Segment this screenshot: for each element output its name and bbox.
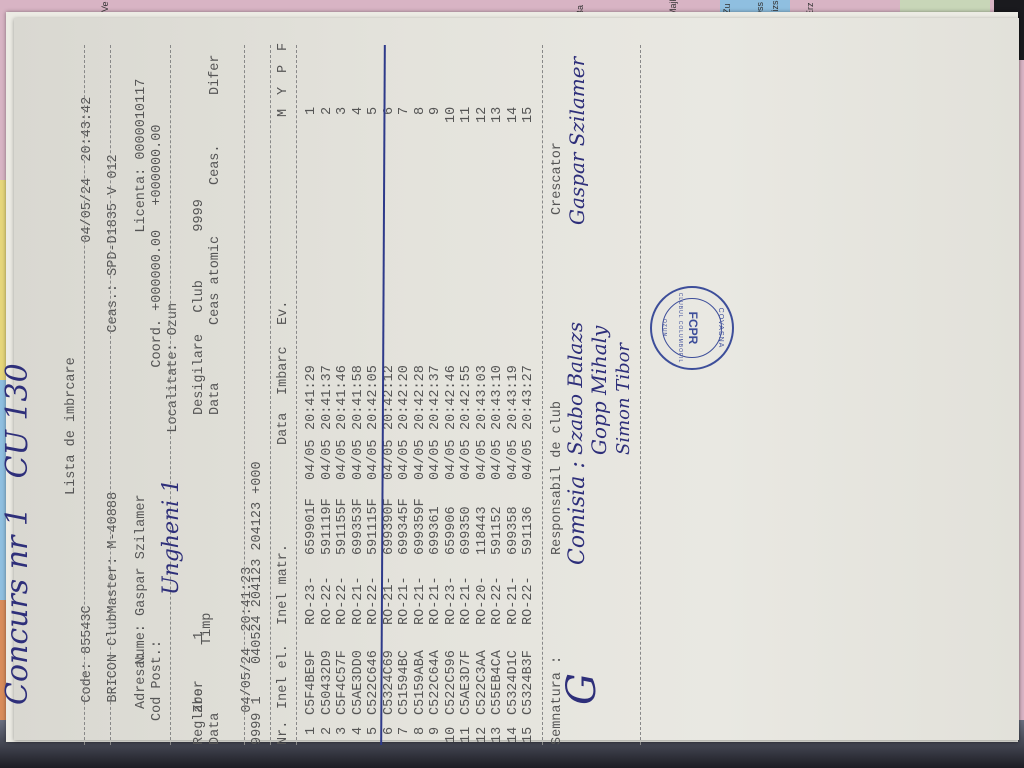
coord-a: +000000.00 — [150, 230, 165, 311]
row-ring-number: 699350 — [459, 506, 475, 555]
row-date: 04/05 — [413, 439, 429, 480]
row-date: 04/05 — [521, 439, 537, 480]
row-basket-time: 20:42:55 — [459, 365, 475, 430]
row-number: 6 — [382, 727, 398, 735]
row-ring-series: RO-21- — [351, 576, 367, 625]
row-ring-series: RO-22- — [490, 576, 506, 625]
col-inel-matr: Inel matr. — [276, 544, 292, 625]
row-basket-time: 20:43:27 — [521, 365, 537, 430]
row-electronic-ring: C5159ABA — [413, 650, 429, 715]
row-number: 11 — [459, 727, 475, 743]
row-m-index: 3 — [335, 107, 351, 115]
breeder-signature: Gaspar Szilamer — [570, 57, 586, 225]
club-value: 9999 — [192, 199, 207, 231]
col-data: Data — [276, 413, 292, 445]
row-electronic-ring: C55EB4CA — [490, 650, 506, 715]
row-date: 04/05 — [506, 439, 522, 480]
row-date: 04/05 — [304, 439, 320, 480]
row-ring-series: RO-21- — [428, 576, 444, 625]
row-number: 4 — [351, 727, 367, 735]
row-m-index: 10 — [444, 107, 460, 123]
row-basket-time: 20:42:37 — [428, 365, 444, 430]
clock-label: Ceas.: — [106, 284, 121, 333]
row-electronic-ring: C5324B3F — [521, 650, 537, 715]
row-ring-series: RO-20- — [475, 576, 491, 625]
breeder-label: Crescator — [550, 142, 566, 215]
row-ring-number: 659901F — [304, 498, 320, 555]
map-label: Ve — [100, 1, 110, 12]
handwritten-title: Concurs nr 1 CU 130 — [10, 363, 26, 705]
row-ring-series: RO-23- — [304, 576, 320, 625]
row-basket-time: 20:41:46 — [335, 365, 351, 430]
row-basket-time: 20:41:37 — [320, 365, 336, 430]
print-time: 20:43:42 — [80, 97, 95, 162]
row-date: 04/05 — [335, 439, 351, 480]
row-date: 04/05 — [444, 439, 460, 480]
row-electronic-ring: C5324D1C — [506, 650, 522, 715]
row-basket-time: 20:43:10 — [490, 365, 506, 430]
commission-label: Comisia : — [570, 461, 586, 565]
row-ring-series: RO-21- — [382, 576, 398, 625]
row-ring-series: RO-22- — [521, 576, 537, 625]
row-m-index: 15 — [521, 107, 537, 123]
locality-label: Localitate: — [166, 343, 181, 432]
row-electronic-ring: C522C596 — [444, 650, 460, 715]
adjust-label: Reglare — [192, 688, 208, 745]
row-m-index: 12 — [475, 107, 491, 123]
row-date: 04/05 — [320, 439, 336, 480]
name-value: Gaspar Szilamer — [134, 494, 149, 616]
col-nr: Nr. — [276, 721, 292, 745]
commission-member-3: Simon Tibor — [616, 343, 632, 455]
stamp-ring-text: CLUBUL COLUMBOFIL OZUN — [656, 288, 687, 368]
row-ring-series: RO-21- — [506, 576, 522, 625]
row-basket-time: 20:42:28 — [413, 365, 429, 430]
row-ring-number: 699353F — [351, 498, 367, 555]
coord-b: +000000.00 — [150, 125, 165, 206]
row-ring-number: 699358 — [506, 506, 522, 555]
col-imbarc: Imbarc — [276, 346, 292, 395]
row-electronic-ring: C5AE3DD0 — [351, 650, 367, 715]
row-ring-series: RO-21- — [413, 576, 429, 625]
row-number: 5 — [366, 727, 382, 735]
row-basket-time: 20:42:12 — [382, 365, 398, 430]
row-m-index: 7 — [397, 107, 413, 115]
row-ring-number: 659906 — [444, 506, 460, 555]
row-m-index: 2 — [320, 107, 336, 115]
unseal-label: Desigilare — [192, 334, 208, 415]
row-number: 2 — [320, 727, 336, 735]
row-number: 1 — [304, 727, 320, 735]
row-electronic-ring: C5324C69 — [382, 650, 398, 715]
row-number: 15 — [521, 727, 537, 743]
handwritten-location: Ungheni 1 — [164, 479, 180, 595]
row-basket-time: 20:41:29 — [304, 365, 320, 430]
clock-col-label: Ceas. — [208, 144, 224, 185]
commission-member-1: Szabo Balazs — [568, 322, 584, 455]
row-ring-number: 118443 — [475, 506, 491, 555]
row-number: 8 — [413, 727, 429, 735]
address-label: Adresa: — [134, 652, 150, 709]
row-m-index: 9 — [428, 107, 444, 115]
handwritten-signature: G — [575, 673, 591, 705]
row-electronic-ring: C522C3AA — [475, 650, 491, 715]
row-basket-time: 20:43:03 — [475, 365, 491, 430]
row-number: 13 — [490, 727, 506, 743]
row-ring-series: RO-22- — [366, 576, 382, 625]
row-date: 04/05 — [459, 439, 475, 480]
row-date: 04/05 — [351, 439, 367, 480]
row-ring-number: 591119F — [320, 498, 336, 555]
basketing-list: Concurs nr 1 CU 130 Code: 85543C Lista d… — [60, 25, 660, 745]
date-label-2: Data — [208, 383, 224, 415]
row-basket-time: 20:42:46 — [444, 365, 460, 430]
row-number: 10 — [444, 727, 460, 743]
row-number: 9 — [428, 727, 444, 735]
row-ring-number: 699345F — [397, 498, 413, 555]
date-label: Data — [208, 713, 224, 745]
row-ring-number: 591155F — [335, 498, 351, 555]
row-basket-time: 20:41:58 — [351, 365, 367, 430]
row-ring-number: 699359F — [413, 498, 429, 555]
club-stamp: COVASNA FCPR CLUBUL COLUMBOFIL OZUN — [650, 286, 734, 370]
row-ring-series: RO-23- — [444, 576, 460, 625]
row-electronic-ring: C522C64A — [428, 650, 444, 715]
row-m-index: 1 — [304, 107, 320, 115]
row-number: 14 — [506, 727, 522, 743]
row-m-index: 14 — [506, 107, 522, 123]
col-y: Y — [276, 87, 292, 95]
row-date: 04/05 — [397, 439, 413, 480]
col-f: F — [276, 43, 292, 51]
row-number: 7 — [397, 727, 413, 735]
club-label: Club — [192, 280, 207, 312]
row-ring-series: RO-22- — [335, 576, 351, 625]
col-m: M — [276, 109, 292, 117]
col-inel-el: Inel el. — [276, 644, 292, 709]
row-date: 04/05 — [490, 439, 506, 480]
time-label: Timp — [200, 613, 216, 645]
sync-summary: 9999 1 040524 204123 204123 +000 — [250, 461, 266, 745]
col-p: P — [276, 65, 292, 73]
row-electronic-ring: C51594BC — [397, 650, 413, 715]
row-ring-series: RO-22- — [320, 576, 336, 625]
row-basket-time: 20:42:05 — [366, 365, 382, 430]
row-date: 04/05 — [475, 439, 491, 480]
row-ring-number: 699361 — [428, 506, 444, 555]
document-title: Lista de imbrcare — [64, 357, 80, 495]
row-date: 04/05 — [382, 439, 398, 480]
row-ring-series: RO-21- — [459, 576, 475, 625]
row-number: 3 — [335, 727, 351, 735]
stamp-top-text: COVASNA — [713, 288, 729, 368]
atomic-clock-label: Ceas atomic — [208, 236, 224, 325]
diff-label: Difer — [208, 54, 224, 95]
row-ring-number: 591115F — [366, 498, 382, 555]
row-ring-number: 591152 — [490, 506, 506, 555]
row-number: 12 — [475, 727, 491, 743]
row-date: 04/05 — [428, 439, 444, 480]
row-m-index: 5 — [366, 107, 382, 115]
row-ring-series: RO-21- — [397, 576, 413, 625]
row-electronic-ring: C522C646 — [366, 650, 382, 715]
row-basket-time: 20:42:20 — [397, 365, 413, 430]
commission-member-2: Gopp Mihaly — [592, 326, 608, 455]
row-date: 04/05 — [366, 439, 382, 480]
row-electronic-ring: C5F4BE9F — [304, 650, 320, 715]
col-ev: Ev. — [276, 301, 292, 325]
row-m-index: 13 — [490, 107, 506, 123]
row-m-index: 4 — [351, 107, 367, 115]
row-m-index: 8 — [413, 107, 429, 115]
row-ring-number: 591136 — [521, 506, 537, 555]
row-m-index: 11 — [459, 107, 475, 123]
row-basket-time: 20:43:19 — [506, 365, 522, 430]
row-electronic-ring: C5AE3D7F — [459, 650, 475, 715]
row-electronic-ring: C5F4C57F — [335, 650, 351, 715]
row-ring-number: 699390F — [382, 498, 398, 555]
row-electronic-ring: C50432D9 — [320, 650, 336, 715]
postal-code-label: Cod Post.: — [150, 640, 166, 721]
